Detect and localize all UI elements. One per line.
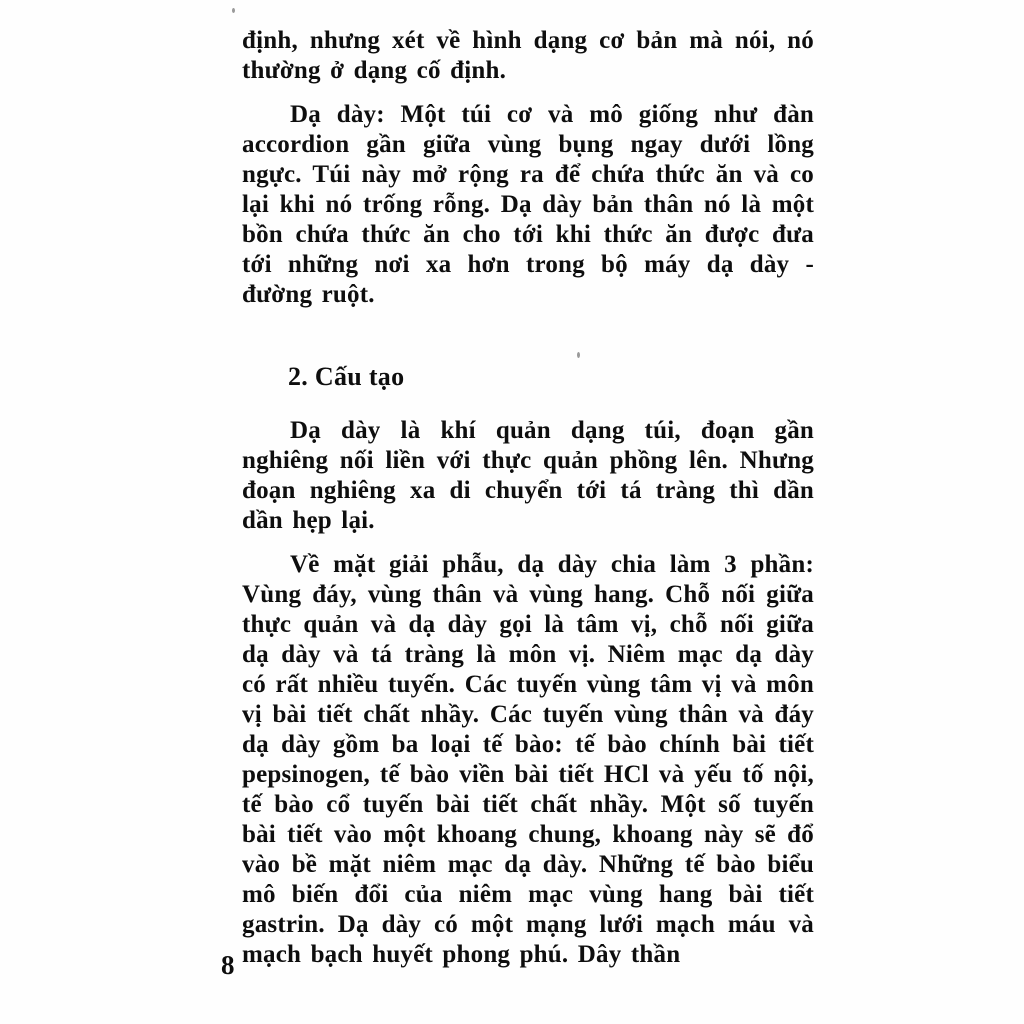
scan-artifact: [232, 8, 235, 13]
scan-artifact: [577, 352, 580, 358]
section-heading: 2. Cấu tạo: [288, 362, 814, 392]
book-page: định, nhưng xét về hình dạng cơ bản mà n…: [0, 0, 1024, 1024]
paragraph-continuation: định, nhưng xét về hình dạng cơ bản mà n…: [242, 26, 814, 86]
paragraph-stomach-shape: Dạ dày là khí quản dạng túi, đoạn gần ng…: [242, 416, 814, 536]
page-number: 8: [221, 950, 235, 980]
paragraph-stomach-anatomy: Về mặt giải phẫu, dạ dày chia làm 3 phần…: [242, 550, 814, 970]
page-text-block: định, nhưng xét về hình dạng cơ bản mà n…: [242, 26, 814, 984]
paragraph-stomach-description: Dạ dày: Một túi cơ và mô giống như đàn a…: [242, 100, 814, 310]
